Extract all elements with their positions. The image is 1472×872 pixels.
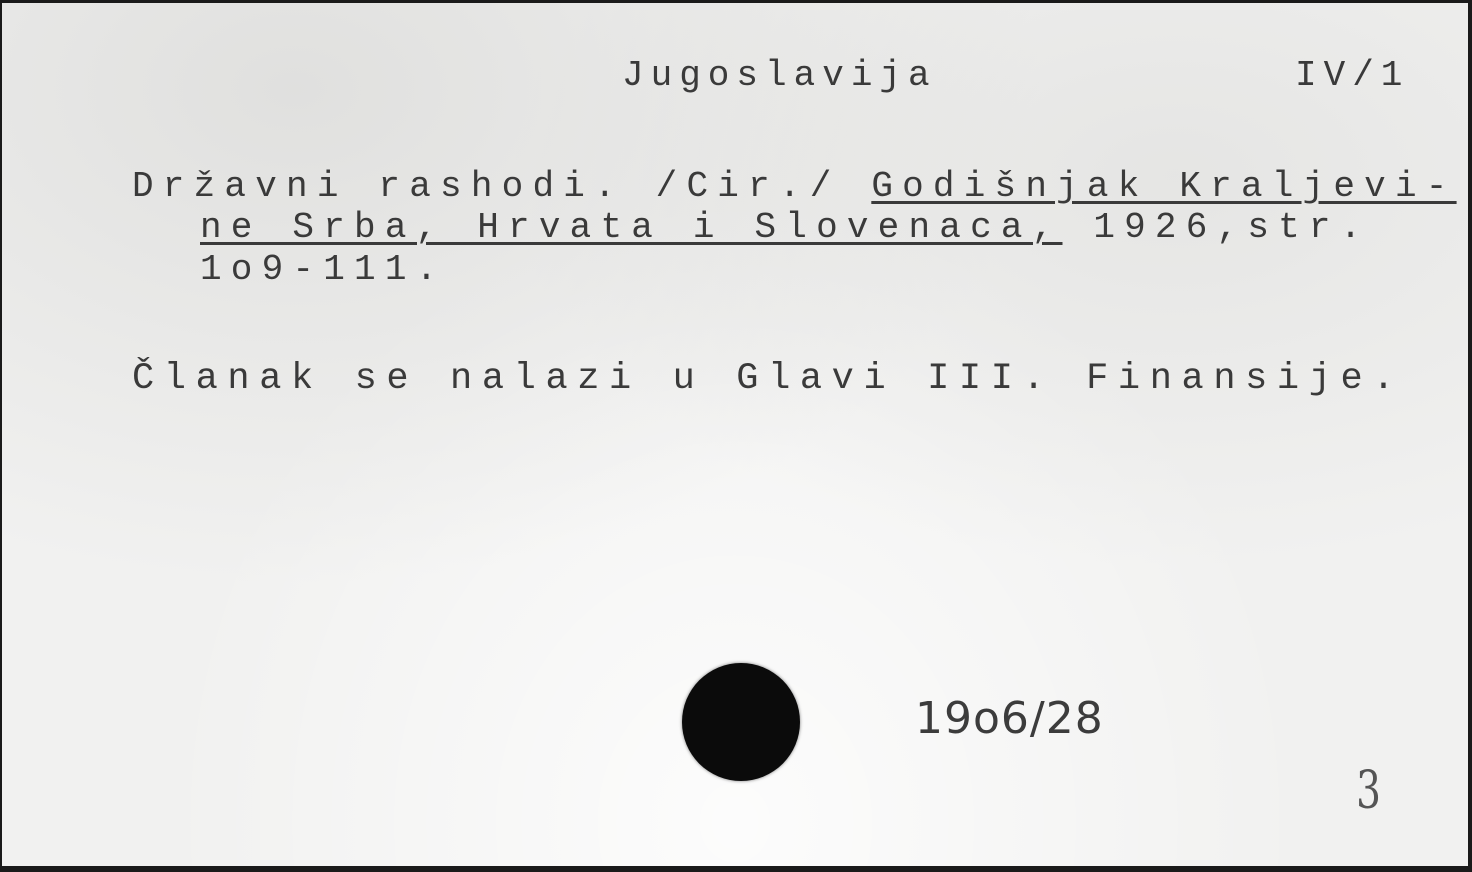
script-note: /Cir./ xyxy=(656,166,841,207)
entry-line-1: Državni rashodi. /Cir./ Godišnjak Kralje… xyxy=(132,169,1457,205)
entry-title: Državni rashodi. xyxy=(132,166,625,207)
accession-number: 19o6/28 xyxy=(915,693,1104,744)
card-heading: Jugoslavija xyxy=(622,58,937,94)
location-note: Članak se nalazi u Glavi III. Finansije. xyxy=(132,361,1404,398)
source-title-part-1: Godišnjak Kraljevi- xyxy=(871,166,1456,207)
source-title-part-2: ne Srba, Hrvata i Slovenaca, xyxy=(200,207,1063,248)
call-number: IV/1 xyxy=(1295,58,1409,94)
year-pages: 1926,str. xyxy=(1093,207,1370,248)
catalog-card: Jugoslavija IV/1 Državni rashodi. /Cir./… xyxy=(2,3,1468,866)
handwritten-mark: 3 xyxy=(1356,761,1381,821)
entry-line-3: 1o9-111. xyxy=(200,252,446,288)
punch-hole xyxy=(682,663,800,781)
entry-line-2: ne Srba, Hrvata i Slovenaca, 1926,str. xyxy=(200,210,1371,246)
